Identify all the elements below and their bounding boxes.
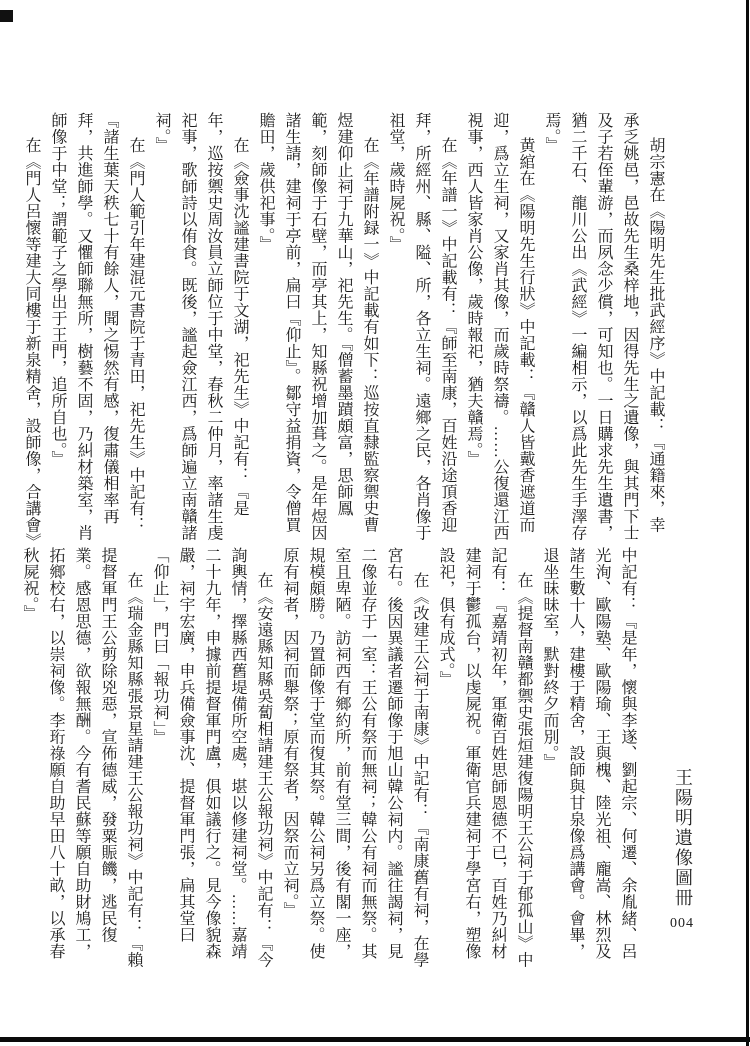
paragraph: 在《門人範引年建混元書院于青田，祀先生》中記有：『諸生葉天秩七十有餘人，聞之惕然… [44, 112, 148, 548]
page-number: 004 [654, 916, 710, 932]
text-block-upper: 胡宗憲在《陽明先生批武經序》中記載：『通籍來，幸承乏姚邑，邑故先生桑梓地，因得先… [18, 112, 668, 548]
page-edge-right-line [746, 0, 749, 1046]
paragraph: 在《年譜一》中記載有：『師至南康，百姓沿途頂香迎拜，所經州、縣、隘、所，各立生祠… [382, 112, 460, 548]
paragraph: 在《瑞金縣知縣張景星請建王公報功祠》中記有：『賴提督軍門王公剪除兇惡，宣佈德威，… [16, 547, 146, 971]
paragraph: 黄綰在《陽明先生行狀》中記載：『贛人皆戴香遮道而迎，爲立生祠，又家肖其像，而歲時… [460, 112, 538, 548]
scan-corner-mark [0, 10, 13, 22]
paragraph: 中記有：『是年，懷與李遂、劉起宗、何遷、余胤緒、呂光洵、歐陽塾、歐陽瑜、王與槐、… [536, 547, 640, 971]
paragraph: 在《年譜附録一》中記載有如下：巡按直隸監察禦史曹煜建仰止祠于九華山，祀先生。『僧… [252, 112, 382, 548]
paragraph: 在《改建王公祠于南康》中記有：『南康舊有祠，在學宮右。後因異議者遷師像于旭山韓公… [276, 547, 432, 971]
text-block-lower: 中記有：『是年，懷與李遂、劉起宗、何遷、余胤緒、呂光洵、歐陽塾、歐陽瑜、王與槐、… [16, 547, 640, 971]
running-title: 王陽明遺像圖冊 [670, 768, 696, 908]
book-page: 胡宗憲在《陽明先生批武經序》中記載：『通籍來，幸承乏姚邑，邑故先生桑梓地，因得先… [0, 0, 750, 1046]
paragraph: 胡宗憲在《陽明先生批武經序》中記載：『通籍來，幸承乏姚邑，邑故先生桑梓地，因得先… [538, 112, 668, 548]
page-edge-bottom-line [0, 1037, 750, 1042]
paragraph: 在《僉事沈謐建書院于文湖，祀先生》中記有：『是年，巡按禦史周汝員立師位于中堂，春… [148, 112, 252, 548]
paragraph: 在《門人呂懷等建大同樓于新泉精舍，設師像，合講會》 [18, 112, 44, 548]
paragraph: 在《安遠縣知縣吳蔔相請建王公報功祠》中記有：『今詢輿情，擇縣西舊堤備所空處，堪以… [146, 547, 276, 971]
paragraph: 在《提督南贛都禦史張烜建復陽明王公祠于郁孤山》中記有：『嘉靖初年，軍衛百姓思師恩… [432, 547, 536, 971]
